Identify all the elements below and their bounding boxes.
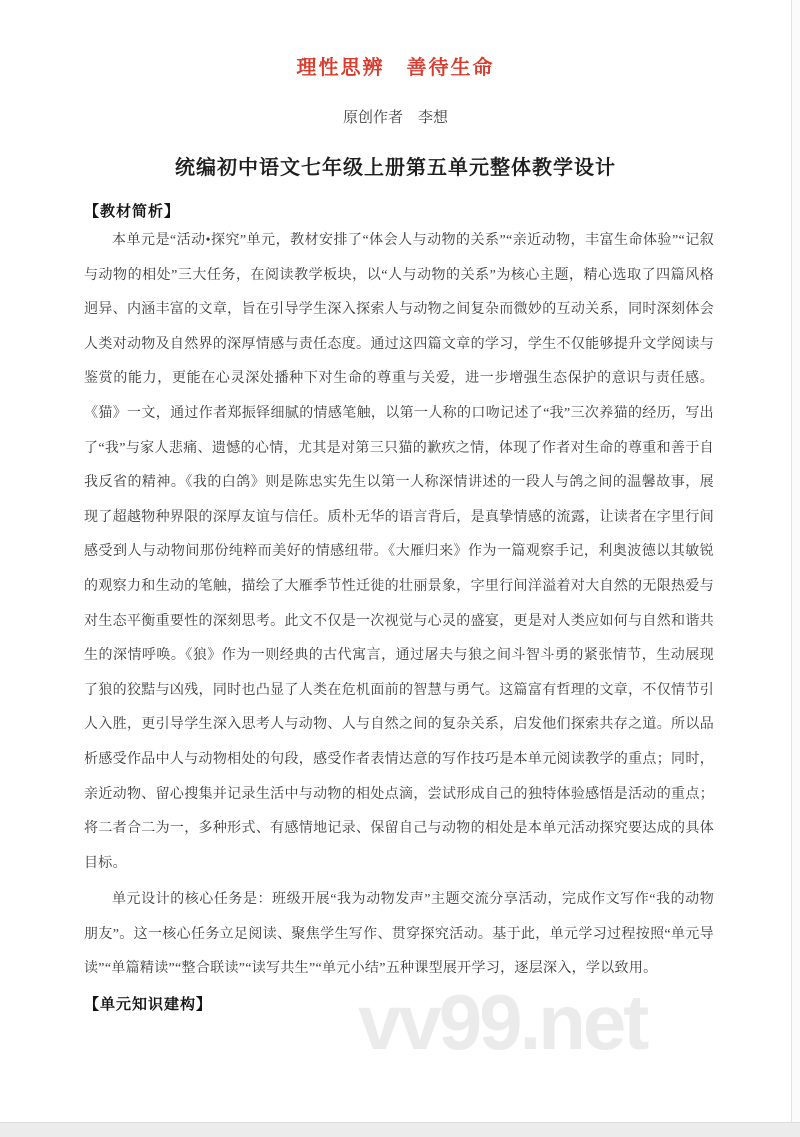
- page-bottom-strip: [0, 1122, 800, 1137]
- banner-title: 理性思辨 善待生命: [0, 54, 791, 82]
- document-page: 理性思辨 善待生命 原创作者 李想 统编初中语文七年级上册第五单元整体教学设计 …: [0, 0, 791, 1122]
- paragraph-material-analysis: 本单元是“活动•探究”单元，教材安排了“体会人与动物的关系”“亲近动物，丰富生命…: [84, 224, 714, 881]
- page-right-edge: [791, 0, 800, 1122]
- section-header-unit-knowledge: 【单元知识建构】: [84, 995, 714, 1015]
- paragraph-core-task: 单元设计的核心任务是：班级开展“我为动物发声”主题交流分享活动，完成作文写作“我…: [84, 883, 714, 987]
- section-header-material-analysis: 【教材简析】: [84, 202, 714, 222]
- main-title: 统编初中语文七年级上册第五单元整体教学设计: [0, 154, 791, 182]
- author-line: 原创作者 李想: [0, 108, 791, 128]
- document-body: 【教材简析】 本单元是“活动•探究”单元，教材安排了“体会人与动物的关系”“亲近…: [84, 202, 714, 1015]
